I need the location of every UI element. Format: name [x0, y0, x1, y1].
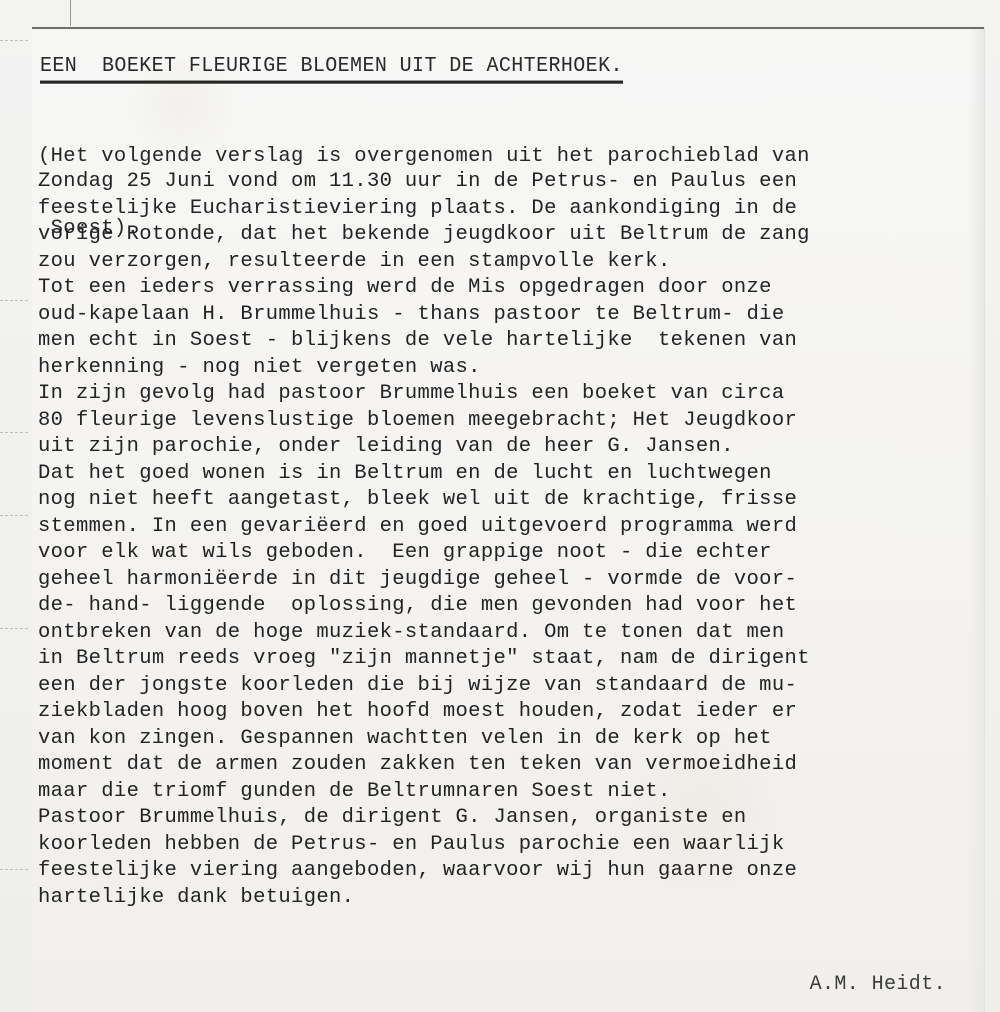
- body-line: 80 fleurige levenslustige bloemen meegeb…: [38, 408, 983, 435]
- body-line: in Beltrum reeds vroeg "zijn mannetje" s…: [38, 646, 983, 673]
- body-line: Pastoor Brummelhuis, de dirigent G. Jans…: [38, 805, 983, 832]
- body-line: geheel harmoniëerde in dit jeugdige gehe…: [38, 567, 983, 594]
- article-body: Zondag 25 Juni vond om 11.30 uur in de P…: [38, 169, 983, 911]
- body-line: van kon zingen. Gespannen wachtten velen…: [38, 726, 983, 753]
- margin-mark: [0, 40, 28, 42]
- body-line: oud-kapelaan H. Brummelhuis - thans past…: [38, 302, 983, 329]
- article-title: EEN BOEKET FLEURIGE BLOEMEN UIT DE ACHTE…: [40, 54, 623, 83]
- body-line: zou verzorgen, resulteerde in een stampv…: [38, 249, 983, 276]
- body-line: In zijn gevolg had pastoor Brummelhuis e…: [38, 381, 983, 408]
- body-line: feestelijke viering aangeboden, waarvoor…: [38, 858, 983, 885]
- body-line: men echt in Soest - blijkens de vele har…: [38, 328, 983, 355]
- body-line: Tot een ieders verrassing werd de Mis op…: [38, 275, 983, 302]
- body-line: de- hand- liggende oplossing, die men ge…: [38, 593, 983, 620]
- intro-line: (Het volgende verslag is overgenomen uit…: [38, 145, 983, 169]
- newspaper-clipping: EEN BOEKET FLEURIGE BLOEMEN UIT DE ACHTE…: [32, 27, 984, 1012]
- body-line: feestelijke Eucharistieviering plaats. D…: [38, 196, 983, 223]
- author-signature: A.M. Heidt.: [810, 973, 946, 996]
- fold-line: [70, 0, 71, 26]
- body-line: maar die triomf gunden de Beltrumnaren S…: [38, 779, 983, 806]
- body-line: moment dat de armen zouden zakken ten te…: [38, 752, 983, 779]
- margin-mark: [0, 869, 28, 871]
- margin-mark: [0, 300, 28, 302]
- margin-mark: [0, 515, 28, 517]
- body-line: nog niet heeft aangetast, bleek wel uit …: [38, 487, 983, 514]
- body-line: hartelijke dank betuigen.: [38, 885, 983, 912]
- margin-mark: [0, 628, 28, 630]
- margin-mark: [0, 432, 28, 434]
- body-line: voor elk wat wils geboden. Een grappige …: [38, 540, 983, 567]
- body-line: koorleden hebben de Petrus- en Paulus pa…: [38, 832, 983, 859]
- body-line: stemmen. In een gevariëerd en goed uitge…: [38, 514, 983, 541]
- body-line: Dat het goed wonen is in Beltrum en de l…: [38, 461, 983, 488]
- body-line: uit zijn parochie, onder leiding van de …: [38, 434, 983, 461]
- body-line: ziekbladen hoog boven het hoofd moest ho…: [38, 699, 983, 726]
- body-line: een der jongste koorleden die bij wijze …: [38, 673, 983, 700]
- body-line: Zondag 25 Juni vond om 11.30 uur in de P…: [38, 169, 983, 196]
- body-line: herkenning - nog niet vergeten was.: [38, 355, 983, 382]
- body-line: ontbreken van de hoge muziek-standaard. …: [38, 620, 983, 647]
- body-line: vorige Rotonde, dat het bekende jeugdkoo…: [38, 222, 983, 249]
